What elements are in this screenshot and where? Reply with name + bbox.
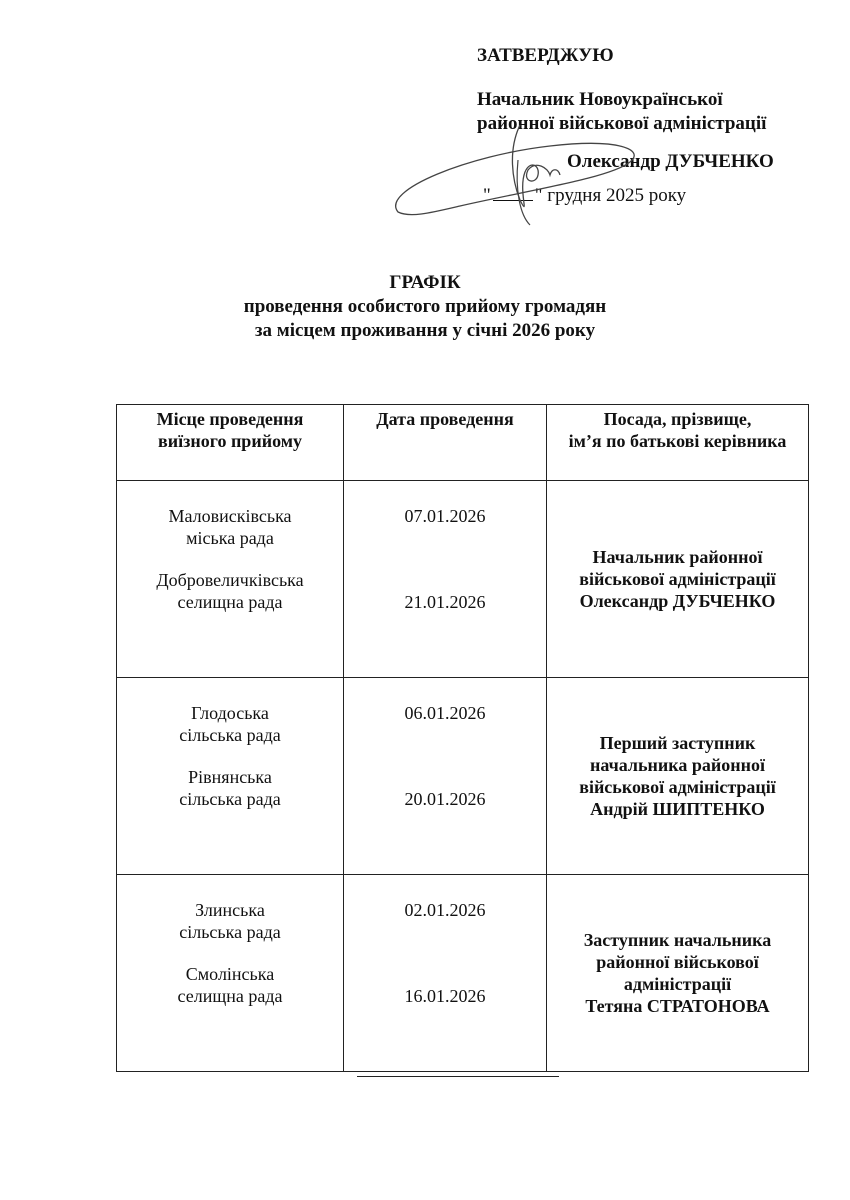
dates-cell: 06.01.2026 20.01.2026: [344, 678, 547, 875]
location-name: Глодоська: [117, 702, 343, 724]
locations-cell: Злинськасільська рада Смолінськаселищна …: [117, 875, 344, 1072]
official-name: Андрій ШИПТЕНКО: [547, 798, 808, 820]
closing-separator-line: [357, 1076, 559, 1077]
official-cell: Начальник районної військової адміністра…: [547, 481, 809, 678]
document-title: ГРАФІК проведення особистого прийому гро…: [0, 272, 850, 344]
visit-date: 02.01.2026: [344, 899, 546, 921]
location-name: Злинська: [117, 899, 343, 921]
location-type: сільська рада: [117, 788, 343, 810]
approval-date: "" грудня 2025 року: [477, 184, 774, 208]
header-official-line1: Посада, прізвище,: [547, 408, 808, 430]
date-day-blank: [493, 184, 533, 201]
table-row: Глодоськасільська рада Рівнянськасільськ…: [117, 678, 809, 875]
title-line2: проведення особистого прийому громадян: [0, 296, 850, 318]
header-official-line2: ім’я по батькові керівника: [547, 430, 808, 452]
location-item: Глодоськасільська рада: [117, 702, 343, 746]
header-date-line1: Дата проведення: [344, 408, 546, 430]
locations-cell: Маловисківськаміська рада Добровеличківс…: [117, 481, 344, 678]
visit-date: 06.01.2026: [344, 702, 546, 724]
date-close-quote: ": [535, 185, 543, 206]
official-line: військової адміністрації: [547, 776, 808, 798]
official-name: Олександр ДУБЧЕНКО: [547, 590, 808, 612]
location-name: Рівнянська: [117, 766, 343, 788]
visit-date: 21.01.2026: [344, 591, 546, 613]
locations-cell: Глодоськасільська рада Рівнянськасільськ…: [117, 678, 344, 875]
location-type: сільська рада: [117, 724, 343, 746]
dates-cell: 07.01.2026 21.01.2026: [344, 481, 547, 678]
header-official: Посада, прізвище, ім’я по батькові керів…: [547, 405, 809, 481]
location-type: селищна рада: [117, 591, 343, 613]
official-line: начальника районної: [547, 754, 808, 776]
location-type: міська рада: [117, 527, 343, 549]
visit-date: 07.01.2026: [344, 505, 546, 527]
visit-date: 20.01.2026: [344, 788, 546, 810]
official-line: Заступник начальника: [547, 929, 808, 951]
location-type: селищна рада: [117, 985, 343, 1007]
date-open-quote: ": [483, 185, 491, 206]
title-line1: ГРАФІК: [0, 272, 850, 294]
official-name: Тетяна СТРАТОНОВА: [547, 995, 808, 1017]
approval-block: ЗАТВЕРДЖУЮ Начальник Новоукраїнської рай…: [477, 44, 774, 208]
header-location-line2: виїзного прийому: [117, 430, 343, 452]
location-item: Смолінськаселищна рада: [117, 963, 343, 1007]
location-item: Злинськасільська рада: [117, 899, 343, 943]
dates-cell: 02.01.2026 16.01.2026: [344, 875, 547, 1072]
official-line: районної військової: [547, 951, 808, 973]
approval-heading: ЗАТВЕРДЖУЮ: [477, 44, 774, 68]
location-name: Маловисківська: [117, 505, 343, 527]
official-line: адміністрації: [547, 973, 808, 995]
location-item: Рівнянськасільська рада: [117, 766, 343, 810]
visit-date: 16.01.2026: [344, 985, 546, 1007]
official-cell: Заступник начальника районної військової…: [547, 875, 809, 1072]
header-location-line1: Місце проведення: [117, 408, 343, 430]
official-line: військової адміністрації: [547, 568, 808, 590]
title-line3: за місцем проживання у січні 2026 року: [0, 320, 850, 342]
official-line: Начальник районної: [547, 546, 808, 568]
approver-position-line2: районної військової адміністрації: [477, 112, 774, 136]
approver-position-line1: Начальник Новоукраїнської: [477, 88, 774, 112]
location-name: Добровеличківська: [117, 569, 343, 591]
location-type: сільська рада: [117, 921, 343, 943]
location-item: Добровеличківськаселищна рада: [117, 569, 343, 613]
location-name: Смолінська: [117, 963, 343, 985]
table-row: Маловисківськаміська рада Добровеличківс…: [117, 481, 809, 678]
table-row: Злинськасільська рада Смолінськаселищна …: [117, 875, 809, 1072]
table-header-row: Місце проведення виїзного прийому Дата п…: [117, 405, 809, 481]
header-date: Дата проведення: [344, 405, 547, 481]
date-suffix: грудня 2025 року: [547, 185, 686, 206]
location-item: Маловисківськаміська рада: [117, 505, 343, 549]
header-location: Місце проведення виїзного прийому: [117, 405, 344, 481]
approver-name: Олександр ДУБЧЕНКО: [477, 150, 774, 174]
official-line: Перший заступник: [547, 732, 808, 754]
official-cell: Перший заступник начальника районної вій…: [547, 678, 809, 875]
schedule-table: Місце проведення виїзного прийому Дата п…: [116, 404, 809, 1072]
